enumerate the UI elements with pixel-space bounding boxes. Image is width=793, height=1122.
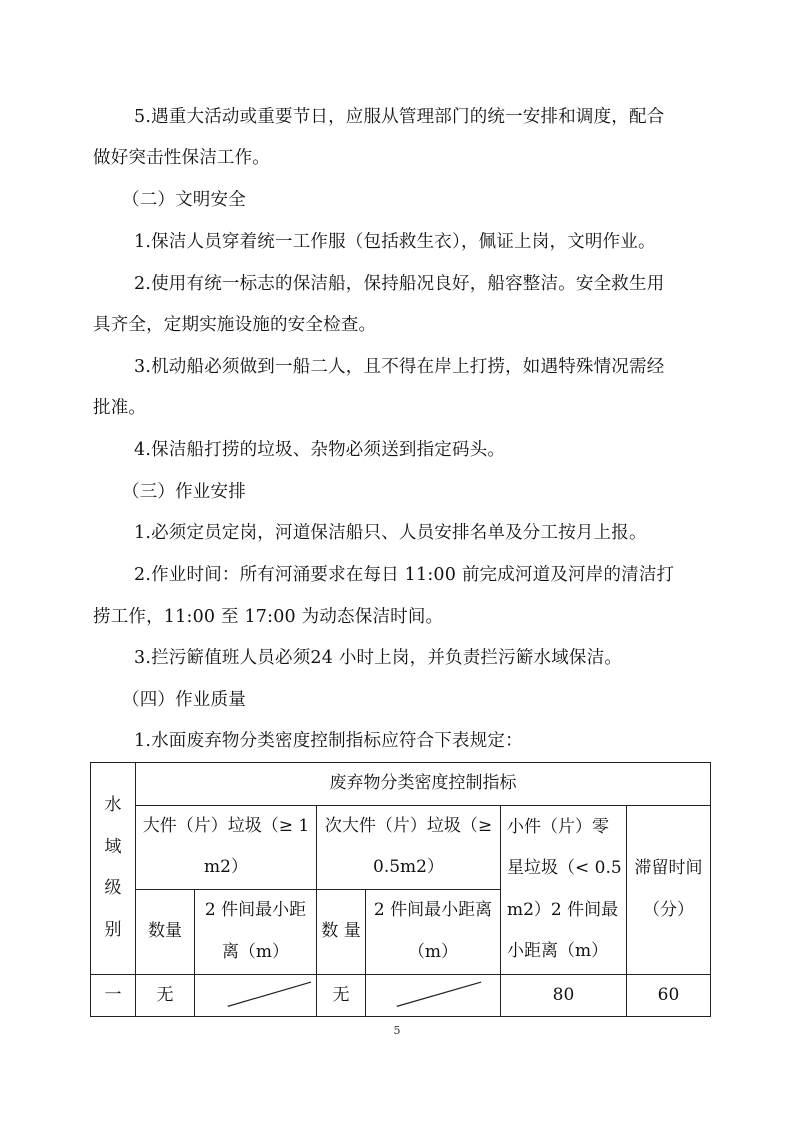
header-char: 别 xyxy=(91,910,135,952)
paragraph: 具齐全，定期实施设施的安全检查。 xyxy=(93,313,703,337)
paragraph: 1.必须定员定岗，河道保洁船只、人员安排名单及分工按月上报。 xyxy=(134,521,744,545)
header-retention-time: 滞留时间（分） xyxy=(627,805,711,974)
diagonal-line-icon xyxy=(195,975,316,1017)
cell-medium-dist-na xyxy=(366,974,501,1017)
header-char: 域 xyxy=(91,827,135,869)
paragraph: 4.保洁船打捞的垃圾、杂物必须送到指定码头。 xyxy=(134,438,744,462)
cell-large-dist-na xyxy=(195,974,317,1017)
header-medium-waste: 次大件（片）垃圾（≥ 0.5m2） xyxy=(317,805,501,889)
header-water-level: 水 域 级 别 xyxy=(91,763,136,975)
paragraph: 批准。 xyxy=(93,396,703,420)
section-heading: （四）作业质量 xyxy=(122,688,732,712)
page-number: 5 xyxy=(390,1024,404,1037)
header-large-min-dist: 2 件间最小距离（m） xyxy=(195,889,317,974)
section-heading: （二）文明安全 xyxy=(122,188,732,212)
cell-small-min-dist: 80 xyxy=(501,974,627,1017)
paragraph: 捞工作，11:00 至 17:00 为动态保洁时间。 xyxy=(93,605,703,629)
paragraph: 做好突击性保洁工作。 xyxy=(93,146,703,170)
cell-large-qty: 无 xyxy=(136,974,195,1017)
header-medium-qty: 数 量 xyxy=(317,889,366,974)
cell-retention: 60 xyxy=(627,974,711,1017)
header-large-waste: 大件（片）垃圾（≥ 1m2） xyxy=(136,805,317,889)
paragraph: 2.作业时间：所有河涌要求在每日 11:00 前完成河道及河岸的清洁打 xyxy=(134,563,744,587)
paragraph: 5.遇重大活动或重要节日，应服从管理部门的统一安排和调度，配合 xyxy=(134,105,744,129)
paragraph: 3.机动船必须做到一船二人，且不得在岸上打捞，如遇特殊情况需经 xyxy=(134,355,744,379)
cell-level: 一 xyxy=(91,974,136,1017)
document-page: 5.遇重大活动或重要节日，应服从管理部门的统一安排和调度，配合 做好突击性保洁工… xyxy=(0,0,793,1122)
header-large-qty: 数量 xyxy=(136,889,195,974)
paragraph: 1.保洁人员穿着统一工作服（包括救生衣），佩证上岗，文明作业。 xyxy=(134,230,744,254)
section-heading: （三）作业安排 xyxy=(122,480,732,504)
paragraph: 1.水面废弃物分类密度控制指标应符合下表规定： xyxy=(134,729,744,753)
paragraph: 3.拦污簖值班人员必须24 小时上岗，并负责拦污簖水域保洁。 xyxy=(134,646,744,670)
paragraph: 2.使用有统一标志的保洁船，保持船况良好，船容整洁。安全救生用 xyxy=(134,272,744,296)
header-char: 水 xyxy=(91,785,135,827)
table-row: 一 无 无 80 60 xyxy=(91,974,711,1017)
waste-density-table: 水 域 级 别 废弃物分类密度控制指标 大件（片）垃圾（≥ 1m2） 次大件（片… xyxy=(90,762,711,1017)
header-char: 级 xyxy=(91,868,135,910)
header-group: 废弃物分类密度控制指标 xyxy=(136,763,711,806)
diagonal-line-icon xyxy=(366,975,500,1017)
header-small-waste: 小件（片）零星垃圾（< 0.5m2）2 件间最小距离（m） xyxy=(501,805,627,974)
header-medium-min-dist: 2 件间最小距离（m） xyxy=(366,889,501,974)
cell-medium-qty: 无 xyxy=(317,974,366,1017)
